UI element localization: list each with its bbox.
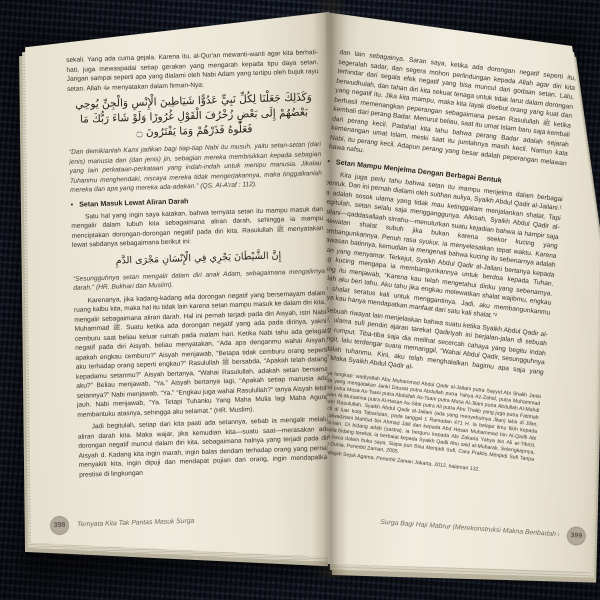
page-number-badge: 399	[566, 526, 586, 546]
quran-verse-arabic: وَكَذَلِكَ جَعَلْنَا لِكُلِّ نَبِيٍّ عَد…	[67, 90, 320, 143]
page-number-badge: 398	[50, 516, 70, 536]
left-page-footer: 398 Ternyata Kita Tak Pantas Masuk Surga	[50, 512, 195, 536]
section-heading-text: Setan Masuk Lewat Aliran Darah	[79, 197, 189, 208]
running-title: Ternyata Kita Tak Pantas Masuk Surga	[77, 518, 195, 529]
left-page-stack: sekali. Yang ada cuma gejala. Karena itu…	[22, 8, 334, 560]
running-title: Surga Bagi Haji Mabrur (Merekonstruksi M…	[380, 519, 559, 538]
paragraph: Kita juga perlu tahu bahwa setan itu mam…	[312, 169, 563, 327]
right-page-stack: dan lain sebagainya. Saran saya, ketika …	[320, 4, 600, 588]
verse-translation: “Dan demikianlah Kami jadikan bagi tiap-…	[69, 140, 322, 195]
book-photo-scene: sekali. Yang ada cuma gejala. Karena itu…	[0, 0, 600, 600]
right-page: dan lain sebagainya. Saran saya, ketika …	[320, 4, 600, 588]
paragraph: sekali. Yang ada cuma gejala. Karena itu…	[66, 48, 319, 94]
book-spine-shadow	[312, 0, 348, 578]
paragraph: dan lain sebagainya. Saran saya, ketika …	[329, 48, 577, 178]
paragraph: Jadi begitulah, setiap dari kita pasti a…	[78, 415, 332, 480]
paragraph: Satu hal yang ingin saya katakan, bahwa …	[71, 205, 324, 251]
hadith-arabic: إِنَّ الشَّيْطَانَ يَجْرِي فِي الْإِنْسَ…	[72, 246, 324, 269]
paragraph: Karenanya, jika kadang-kadang ada dorong…	[74, 288, 330, 419]
left-page-text-block: sekali. Yang ada cuma gejala. Karena itu…	[66, 48, 332, 514]
bullet-icon: •	[71, 201, 74, 208]
left-page: sekali. Yang ada cuma gejala. Karena itu…	[22, 8, 334, 560]
